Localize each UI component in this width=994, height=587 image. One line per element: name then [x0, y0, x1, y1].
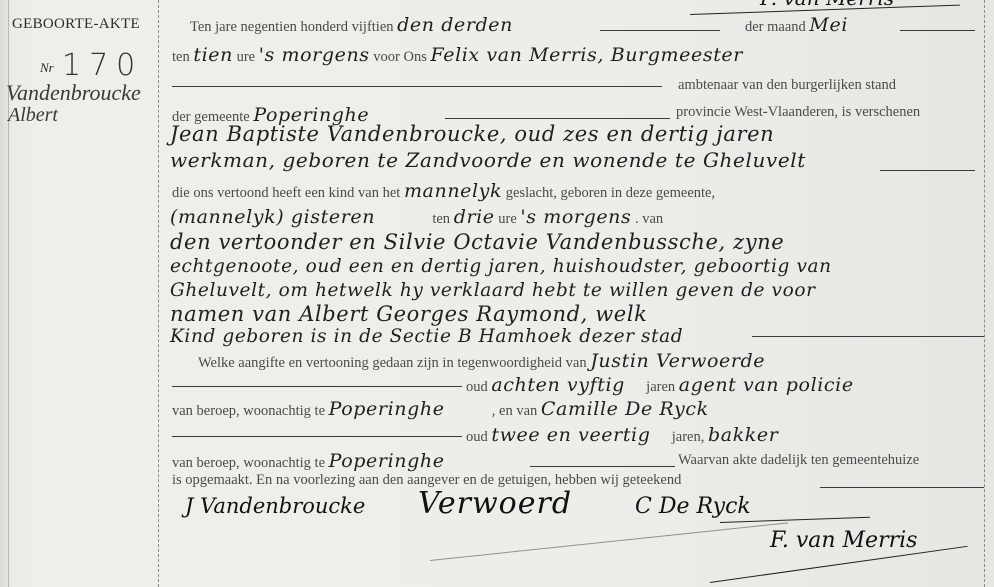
witness1-name: Justin Verwoerde — [590, 350, 765, 372]
margin-divider — [158, 0, 159, 587]
birth-certificate-page: GEBOORTE-AKTE Nr 170 Vandenbroucke Alber… — [0, 0, 994, 587]
akte-number: 170 — [62, 48, 143, 83]
signature-flourish — [430, 522, 788, 561]
line-child-sex: die ons vertoond heeft een kind van het … — [172, 180, 715, 202]
fill-line — [600, 30, 720, 31]
fill-line — [172, 86, 662, 87]
line-date: Ten jare negentien honderd vijftien den … — [190, 14, 513, 36]
line-witness1-residence: van beroep, woonachtig te Poperinghe , e… — [172, 398, 709, 420]
margin-firstname: Albert — [8, 104, 58, 127]
fill-line — [820, 487, 984, 488]
line-witness-intro: Welke aangifte en vertooning gedaan zijn… — [198, 350, 765, 372]
line-mother-details: echtgenoote, oud een en dertig jaren, hu… — [170, 256, 832, 277]
line-birthplace: Kind geboren is in de Sectie B Hamhoek d… — [170, 326, 683, 347]
line-father: Jean Baptiste Vandenbroucke, oud zes en … — [170, 122, 774, 146]
signature-officer: F. van Merris — [770, 528, 917, 553]
fill-line — [880, 170, 975, 171]
signature-father: J Vandenbroucke — [185, 494, 365, 518]
line-witness1-age: oud achten vyftig jaren agent van polici… — [466, 374, 854, 396]
day-field: den derden — [397, 14, 513, 36]
month-field: Mei — [809, 14, 848, 36]
akte-title: GEBOORTE-AKTE — [12, 16, 140, 33]
signature-witness1: Verwoerd — [418, 486, 572, 521]
line-provincie: provincie West-Vlaanderen, is verschenen — [676, 104, 920, 121]
line-child-names: namen van Albert Georges Raymond, welk — [170, 302, 647, 326]
line-mother: den vertoonder en Silvie Octavie Vandenb… — [170, 230, 784, 254]
line-witness2-age: oud twee en veertig jaren, bakker — [466, 424, 778, 446]
fill-line — [900, 30, 975, 31]
signature-witness2: C De Ryck — [635, 494, 751, 519]
fill-line — [445, 118, 670, 119]
line-month: der maand Mei — [745, 14, 848, 36]
margin-column: GEBOORTE-AKTE Nr 170 Vandenbroucke Alber… — [0, 0, 160, 587]
fill-line — [172, 436, 462, 437]
margin-surname: Vandenbroucke — [6, 80, 141, 106]
line-ambtenaar: ambtenaar van den burgerlijken stand — [678, 77, 896, 94]
line-declaration: Gheluvelt, om hetwelk hy verklaard hebt … — [170, 280, 816, 301]
akte-number-label: Nr — [40, 60, 54, 76]
fill-line — [530, 466, 675, 467]
line-waarvan: Waarvan akte dadelijk ten gemeentehuize — [678, 452, 919, 469]
line-father-details: werkman, geboren te Zandvoorde en wonend… — [170, 148, 806, 172]
right-border — [984, 0, 985, 587]
line-witness2-residence: van beroep, woonachtig te Poperinghe — [172, 450, 445, 472]
fill-line — [172, 386, 462, 387]
line-birth-time: (mannelyk) gisteren ten drie ure 's morg… — [170, 206, 663, 228]
fill-line — [752, 336, 984, 337]
witness2-name: Camille De Ryck — [541, 398, 709, 420]
officer-name: Felix van Merris, Burgmeester — [430, 44, 742, 66]
line-time-officer: ten tien ure 's morgens voor Ons Felix v… — [172, 44, 743, 66]
